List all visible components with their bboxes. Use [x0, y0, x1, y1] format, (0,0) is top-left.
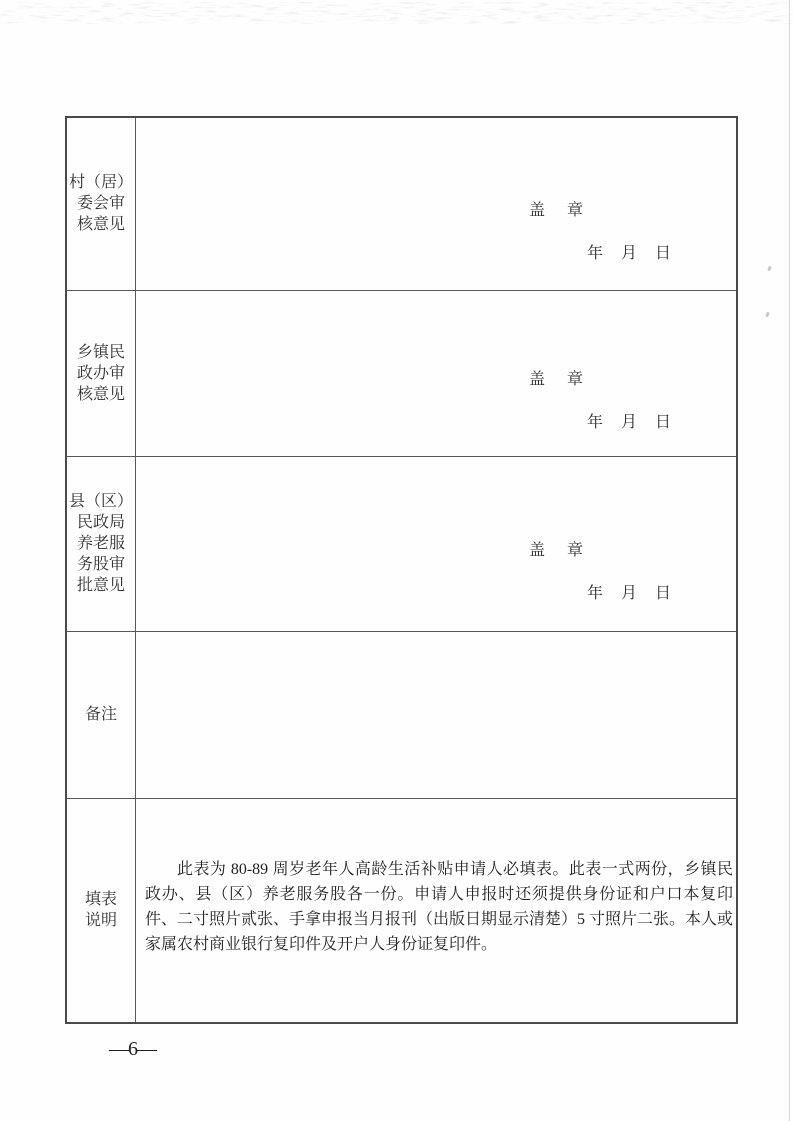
table-row-remarks: 备注 — [66, 631, 737, 798]
scan-noise-artifact — [0, 2, 793, 24]
row-label-county-bureau: 县（区） 民政局 养老服 务股审 批意见 — [66, 456, 136, 631]
label-line: 务股审 — [67, 554, 135, 575]
date-placeholder-text: 年 月 日 — [587, 245, 736, 262]
label-line: 政办审 — [67, 363, 135, 384]
approval-form-table: 村（居） 委会审 核意见 盖 章 年 月 日 乡镇民 政办审 核意见 盖 章 年 — [65, 116, 738, 1024]
filling-instructions-cell: 此表为 80-89 周岁老年人高龄生活补贴申请人必填表。此表一式两份，乡镇民政办… — [136, 798, 738, 1023]
scanned-form-page: 村（居） 委会审 核意见 盖 章 年 月 日 乡镇民 政办审 核意见 盖 章 年 — [0, 0, 793, 1121]
label-line: 备注 — [67, 704, 135, 725]
seal-placeholder-text: 盖 章 — [529, 542, 736, 559]
table-row-county-bureau-approval: 县（区） 民政局 养老服 务股审 批意见 盖 章 年 月 日 — [66, 456, 737, 631]
village-committee-review-cell: 盖 章 年 月 日 — [136, 117, 738, 290]
stamp-block: 盖 章 年 月 日 — [136, 146, 736, 262]
county-bureau-approval-cell: 盖 章 年 月 日 — [136, 456, 738, 631]
label-line: 批意见 — [67, 575, 135, 596]
label-line: 养老服 — [67, 533, 135, 554]
label-line: 核意见 — [67, 384, 135, 405]
ink-speck — [767, 266, 771, 272]
label-line: 民政局 — [67, 512, 135, 533]
row-label-filling-instructions: 填表 说明 — [66, 798, 136, 1023]
label-line: 村（居） — [67, 172, 135, 193]
seal-placeholder-text: 盖 章 — [529, 371, 736, 388]
label-line: 县（区） — [67, 491, 135, 512]
label-line: 乡镇民 — [67, 342, 135, 363]
row-label-township-civil-affairs: 乡镇民 政办审 核意见 — [66, 290, 136, 456]
label-line: 说明 — [67, 910, 135, 931]
seal-placeholder-text: 盖 章 — [529, 202, 736, 219]
ink-speck — [765, 312, 769, 318]
township-civil-affairs-review-cell: 盖 章 年 月 日 — [136, 290, 738, 456]
date-placeholder-text: 年 月 日 — [587, 414, 736, 431]
row-label-remarks: 备注 — [66, 631, 136, 798]
table-row-filling-instructions: 填表 说明 此表为 80-89 周岁老年人高龄生活补贴申请人必填表。此表一式两份… — [66, 798, 737, 1023]
label-line: 核意见 — [67, 214, 135, 235]
date-placeholder-text: 年 月 日 — [587, 585, 736, 602]
table-row-village-committee-review: 村（居） 委会审 核意见 盖 章 年 月 日 — [66, 117, 737, 290]
stamp-block: 盖 章 年 月 日 — [136, 315, 736, 431]
label-line: 填表 — [67, 889, 135, 910]
row-label-village-committee: 村（居） 委会审 核意见 — [66, 117, 136, 290]
filling-instructions-text: 此表为 80-89 周岁老年人高龄生活补贴申请人必填表。此表一式两份，乡镇民政办… — [145, 857, 733, 957]
remarks-cell-empty — [136, 631, 738, 798]
table-row-township-civil-affairs-review: 乡镇民 政办审 核意见 盖 章 年 月 日 — [66, 290, 737, 456]
paper-edge-line — [789, 0, 790, 1121]
label-line: 委会审 — [67, 193, 135, 214]
page-number: —6— — [109, 1038, 156, 1061]
stamp-block: 盖 章 年 月 日 — [136, 486, 736, 602]
